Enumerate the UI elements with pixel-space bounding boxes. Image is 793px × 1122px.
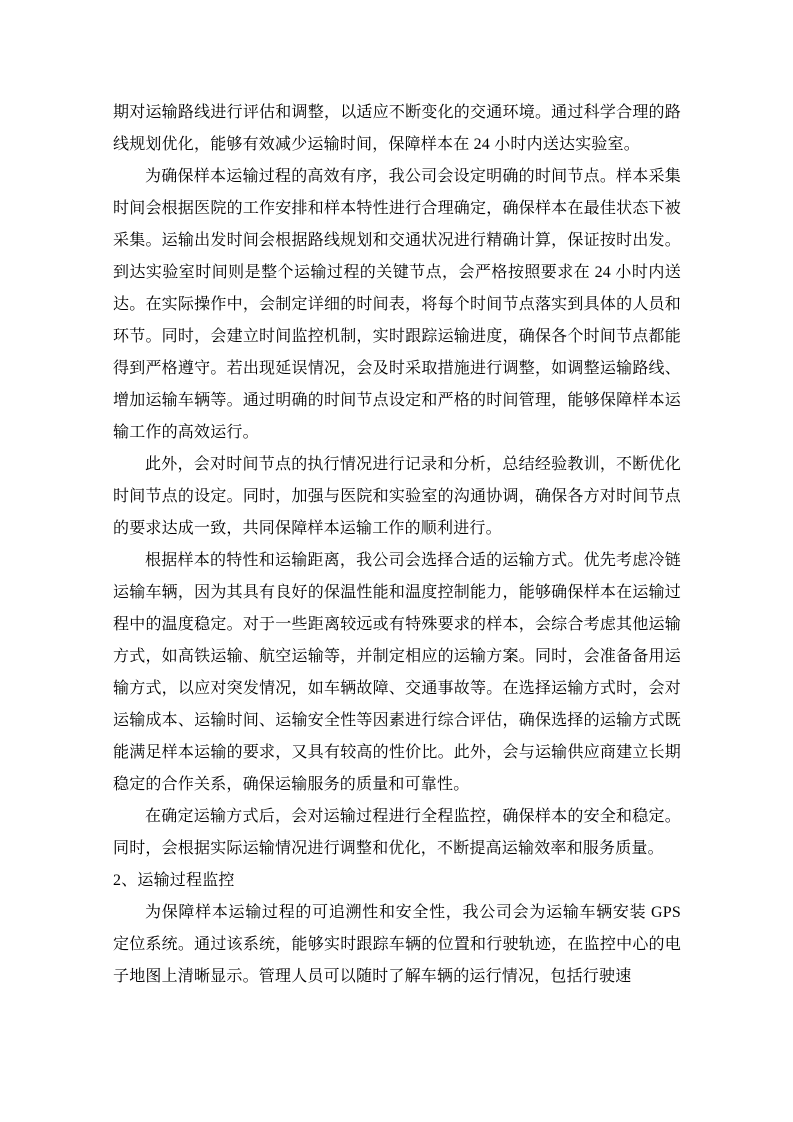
paragraph: 期对运输路线进行评估和调整，以适应不断变化的交通环境。通过科学合理的路线规划优化…: [113, 97, 681, 161]
paragraph: 此外，会对时间节点的执行情况进行记录和分析，总结经验教训，不断优化时间节点的设定…: [113, 449, 681, 545]
paragraph: 为确保样本运输过程的高效有序，我公司会设定明确的时间节点。样本采集时间会根据医院…: [113, 161, 681, 449]
document-page: 期对运输路线进行评估和调整，以适应不断变化的交通环境。通过科学合理的路线规划优化…: [0, 0, 793, 1122]
paragraph: 根据样本的特性和运输距离，我公司会选择合适的运输方式。优先考虑冷链运输车辆，因为…: [113, 545, 681, 801]
paragraph: 为保障样本运输过程的可追溯性和安全性，我公司会为运输车辆安装 GPS 定位系统。…: [113, 897, 681, 993]
paragraph: 在确定运输方式后，会对运输过程进行全程监控，确保样本的安全和稳定。同时，会根据实…: [113, 801, 681, 865]
section-heading: 2、运输过程监控: [113, 865, 681, 897]
